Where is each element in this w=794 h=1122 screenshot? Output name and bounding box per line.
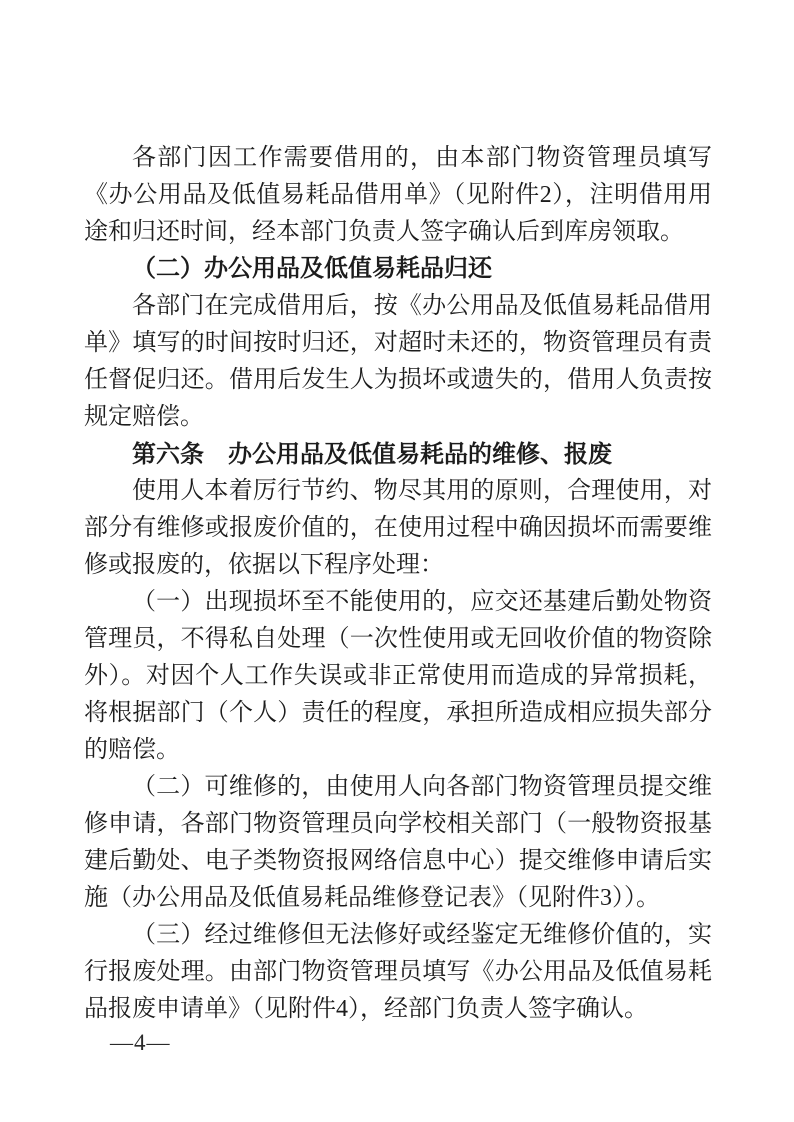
paragraph-item-2-repairable: （二）可维修的，由使用人向各部门物资管理员提交维修申请，各部门物资管理员向学校相… [84, 769, 712, 917]
paragraph-item-1-damaged: （一）出现损坏至不能使用的，应交还基建后勤处物资管理员，不得私自处理（一次性使用… [84, 584, 712, 769]
heading-article-6-repair-scrap: 第六条 办公用品及低值易耗品的维修、报废 [84, 436, 712, 473]
document-body: 各部门因工作需要借用的，由本部门物资管理员填写《办公用品及低值易耗品借用单》（见… [84, 140, 712, 1028]
paragraph-usage-principle: 使用人本着厉行节约、物尽其用的原则，合理使用，对部分有维修或报废价值的，在使用过… [84, 473, 712, 584]
document-page: 各部门因工作需要借用的，由本部门物资管理员填写《办公用品及低值易耗品借用单》（见… [0, 0, 794, 1122]
paragraph-return-rules: 各部门在完成借用后，按《办公用品及低值易耗品借用单》填写的时间按时归还，对超时未… [84, 288, 712, 436]
paragraph-item-3-scrap: （三）经过维修但无法修好或经鉴定无维修价值的，实行报废处理。由部门物资管理员填写… [84, 917, 712, 1028]
paragraph-borrow-procedure: 各部门因工作需要借用的，由本部门物资管理员填写《办公用品及低值易耗品借用单》（见… [84, 140, 712, 251]
page-number: —4— [110, 1028, 171, 1058]
heading-section-2-return: （二）办公用品及低值易耗品归还 [84, 251, 712, 288]
